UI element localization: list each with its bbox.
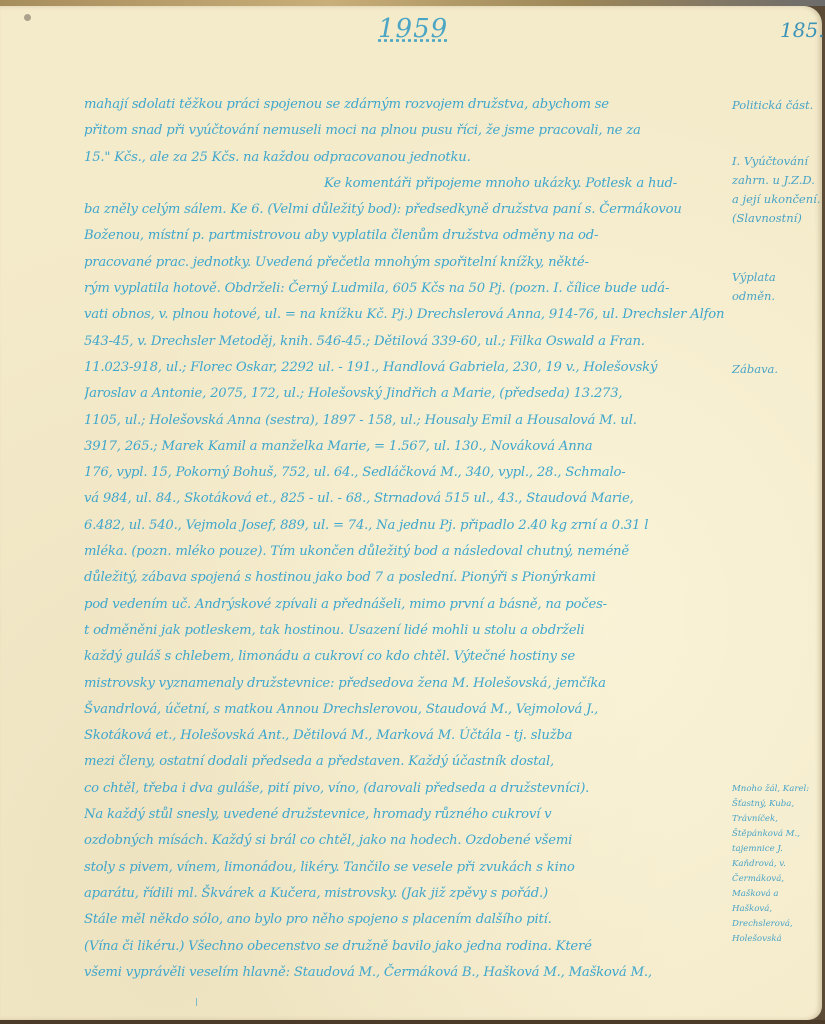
text-line: 3917, 265.; Marek Kamil a manželka Marie… [84, 434, 724, 460]
text-line: Jaroslav a Antonie, 2075, 172, ul.; Hole… [84, 381, 724, 407]
text-line: stoly s pivem, vínem, limonádou, likéry.… [84, 855, 724, 881]
text-line: mahají sdolati těžkou práci spojenou se … [84, 92, 724, 118]
paper-stain [24, 14, 31, 21]
text-line: mistrovsky vyznamenaly družstevnice: pře… [84, 671, 724, 697]
page-number: 185. [780, 18, 825, 42]
text-line: každý guláš s chlebem, limonádu a cukrov… [84, 644, 724, 670]
text-line: 15." Kčs., ale za 25 Kčs. na každou odpr… [84, 145, 724, 171]
text-line: vá 984, ul. 84., Skotáková et., 825 - ul… [84, 486, 724, 512]
text-line: všemi vyprávěli veselím hlavně: Staudová… [84, 960, 724, 986]
text-line: t odměněni jak potleskem, tak hostinou. … [84, 618, 724, 644]
text-line: (Vína či likéru.) Všechno obecenstvo se … [84, 934, 724, 960]
text-line: Stále měl někdo sólo, ano bylo pro něho … [84, 907, 724, 933]
text-line: 6.482, ul. 540., Vejmola Josef, 889, ul.… [84, 513, 724, 539]
text-line: mezi členy, ostatní dodali předseda a př… [84, 749, 724, 775]
notebook-page: 1959 185. mahají sdolati těžkou práci sp… [0, 6, 822, 1020]
text-line: mléka. (pozn. mléko pouze). Tím ukončen … [84, 539, 724, 565]
text-line: 543-45, v. Drechsler Metoděj, knih. 546-… [84, 329, 724, 355]
margin-note-settlement: I. Vyúčtování zahrn. u J.Z.D. a její uko… [732, 152, 822, 228]
margin-note-names: Mnoho žál, Karel: Šťastný, Kuba, Trávníč… [732, 782, 820, 947]
book-binding-bottom [0, 1020, 825, 1024]
text-line: pod vedením uč. Andrýskové zpívali a pře… [84, 592, 724, 618]
text-line: 11.023-918, ul.; Florec Oskar, 2292 ul. … [84, 355, 724, 381]
text-line: vati obnos, v. plnou hotové, ul. = na kn… [84, 302, 724, 328]
handwritten-body-text: mahají sdolati těžkou práci spojenou se … [84, 92, 724, 986]
text-line: Skotáková et., Holešovská Ant., Dětilová… [84, 723, 724, 749]
text-line: rým vyplatila hotově. Obdrželi: Černý Lu… [84, 276, 724, 302]
margin-note-payout: Výplata odměn. [732, 268, 822, 306]
text-line: co chtěl, třeba i dva guláše, pití pivo,… [84, 776, 724, 802]
text-line: důležitý, zábava spojená s hostinou jako… [84, 565, 724, 591]
text-line: 176, vypl. 15, Pokorný Bohuš, 752, ul. 6… [84, 460, 724, 486]
text-line: přitom snad při vyúčtování nemuseli moci… [84, 118, 724, 144]
margin-note-party: Zábava. [732, 360, 822, 379]
text-line: Švandrlová, účetní, s matkou Annou Drech… [84, 697, 724, 723]
text-line: pracované prac. jednotky. Uvedená přečet… [84, 250, 724, 276]
pen-mark [196, 998, 197, 1006]
text-line: 1105, ul.; Holešovská Anna (sestra), 189… [84, 408, 724, 434]
page-year-heading: 1959 [378, 14, 448, 44]
text-line: Ke komentáři připojeme mnoho ukázky. Pot… [84, 171, 724, 197]
text-line: Na každý stůl snesly, uvedené družstevni… [84, 802, 724, 828]
text-line: aparátu, řídili ml. Škvárek a Kučera, mi… [84, 881, 724, 907]
margin-note-political-section: Politická část. [732, 96, 822, 115]
text-line: ozdobných mísách. Každý si brál co chtěl… [84, 828, 724, 854]
text-line: Boženou, místní p. partmistrovou aby vyp… [84, 223, 724, 249]
text-line: ba zněly celým sálem. Ke 6. (Velmi důlež… [84, 197, 724, 223]
